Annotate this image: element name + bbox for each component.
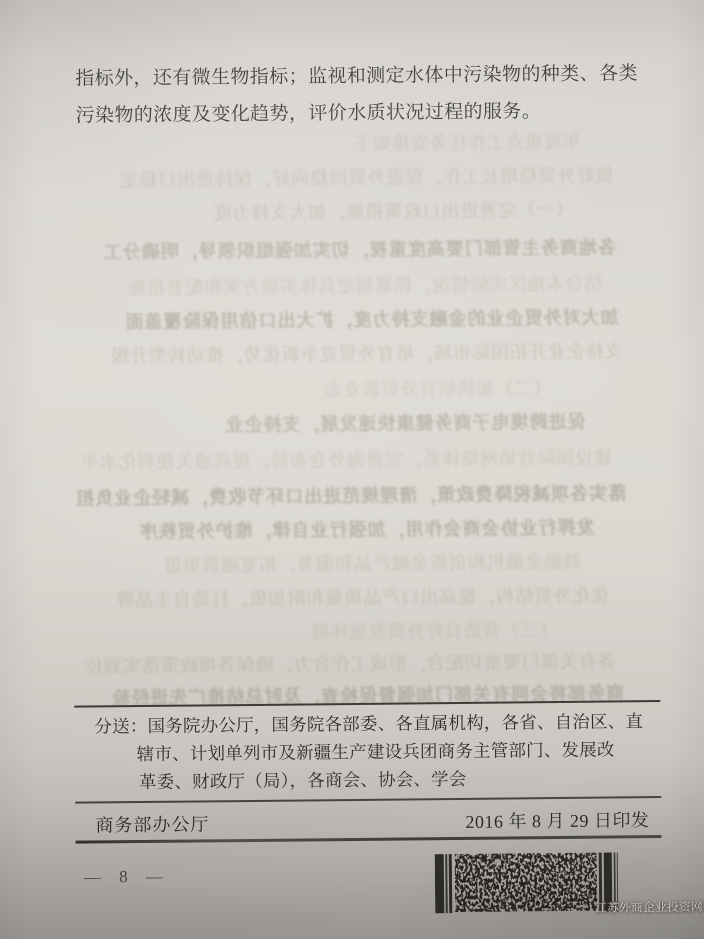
site-watermark: 江苏外商企业投资网 xyxy=(595,899,703,916)
barcode-2d-icon xyxy=(435,851,620,915)
footer-rule-top xyxy=(74,700,660,708)
distribution-line: 辖市、计划单列市及新疆生产建设兵团商务主管部门、发展改 xyxy=(137,737,615,766)
bleedthrough-line: （三）营造良好外贸发展环境 xyxy=(310,616,557,644)
bleedthrough-line: 鼓励金融机构创新金融产品和服务，拓宽融资渠道 xyxy=(163,548,581,578)
bleedthrough-line: 加大对外贸企业的金融支持力度，扩大出口信用保险覆盖面 xyxy=(124,303,618,334)
paper-sheet: 指标外，还有微生物指标；监视和测定水体中污染物的种类、各类 污染物的浓度及变化趋… xyxy=(0,0,704,939)
bleedthrough-line: 发挥行业协会商会作用，加强行业自律，维护外贸秩序 xyxy=(138,514,594,544)
bleedthrough-line: 促进跨境电子商务健康快速发展，支持企业 xyxy=(224,408,585,437)
scanned-document-page: 指标外，还有微生物指标；监视和测定水体中污染物的种类、各类 污染物的浓度及变化趋… xyxy=(0,0,704,939)
body-line: 指标外，还有微生物指标；监视和测定水体中污染物的种类、各类 xyxy=(75,55,650,98)
body-line: 污染物的浓度及变化趋势，评价水质状况过程的服务。 xyxy=(75,92,650,135)
bleedthrough-line: 支持企业开拓国际市场，培育外贸竞争新优势，推动转型升级 xyxy=(110,337,623,368)
bleedthrough-line: 落实各项减税降费政策，清理规范进出口环节收费，减轻企业负担 xyxy=(75,479,626,510)
bleedthrough-line: （一）完善进出口政策措施，加大支持力度 xyxy=(212,196,573,225)
print-date: 2016 年 8 月 29 日印发 xyxy=(465,806,649,834)
bleedthrough-line: 做好外贸稳增长工作，促进外贸回稳向好，保持进出口稳定 xyxy=(119,161,613,192)
body-paragraph: 指标外，还有微生物指标；监视和测定水体中污染物的种类、各类 污染物的浓度及变化趋… xyxy=(75,55,651,135)
barcode-graphic xyxy=(435,851,620,915)
bleedthrough-line: 优化外贸结构，提高出口产品质量和附加值，打造自主品牌 xyxy=(115,582,609,613)
bleedthrough-line: 结合本地区实际情况，抓紧制定具体实施方案和配套措施 xyxy=(127,270,602,301)
footer-rule-middle xyxy=(75,796,661,804)
page-number: — 8 — xyxy=(84,867,165,888)
bleedthrough-line: （二）加快培育外贸新业态 xyxy=(323,374,551,402)
issuer-row: 商务部办公厅 2016 年 8 月 29 日印发 xyxy=(75,806,661,838)
bleedthrough-line: 各地商务主管部门要高度重视，切实加强组织领导，明确分工 xyxy=(103,233,616,264)
distribution-line: 分送：国务院办公厅，国务院各部委、各直属机构，各省、自治区、直 xyxy=(94,709,643,738)
distribution-line: 革委、财政厅（局），各商会、协会、学会 xyxy=(139,767,467,794)
issuing-office: 商务部办公厅 xyxy=(95,810,209,837)
bleedthrough-line: 建设国际营销网络体系，完善海外仓布局，提高通关便利化水平 xyxy=(80,444,612,475)
bleedthrough-line: 年度重点工作任务安排如下 xyxy=(353,128,581,156)
bleedthrough-line: 各有关部门要密切配合，形成工作合力，确保各项政策落实到位 xyxy=(84,647,616,678)
